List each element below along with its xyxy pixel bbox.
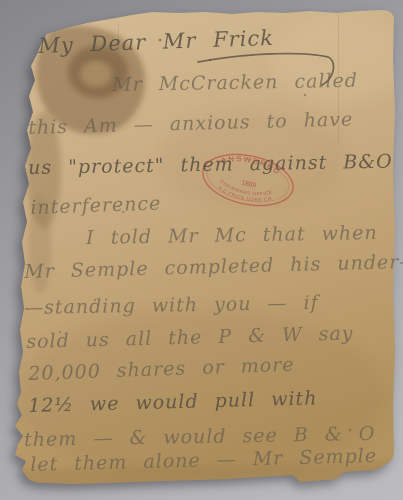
answered-stamp: ANSWERED 1889 CHAIRMANS OFFICE H C FRICK… bbox=[192, 136, 304, 223]
handwriting-line: interference bbox=[30, 192, 162, 219]
handwriting-line: I told Mr Mc that when bbox=[86, 222, 378, 249]
handwriting-line: 12½ we would pull with bbox=[28, 387, 318, 417]
handwriting-line: us "protect" them against B&O bbox=[28, 151, 393, 179]
handwriting-line: Mr McCracken called bbox=[112, 70, 358, 96]
stamp-date-text: 1889 bbox=[241, 180, 257, 190]
handwriting-layer: ANSWERED 1889 CHAIRMANS OFFICE H C FRICK… bbox=[0, 0, 403, 500]
handwriting-line: Mr Semple completed his under— bbox=[24, 251, 403, 283]
handwriting-line: 20,000 shares or more bbox=[28, 354, 295, 385]
handwriting-line: —standing with you — if bbox=[24, 292, 319, 319]
letter-scan: ANSWERED 1889 CHAIRMANS OFFICE H C FRICK… bbox=[0, 0, 403, 500]
handwriting-line: sold us all the P & W say bbox=[26, 322, 354, 353]
handwriting-line: this Am — anxious to have bbox=[28, 108, 354, 139]
